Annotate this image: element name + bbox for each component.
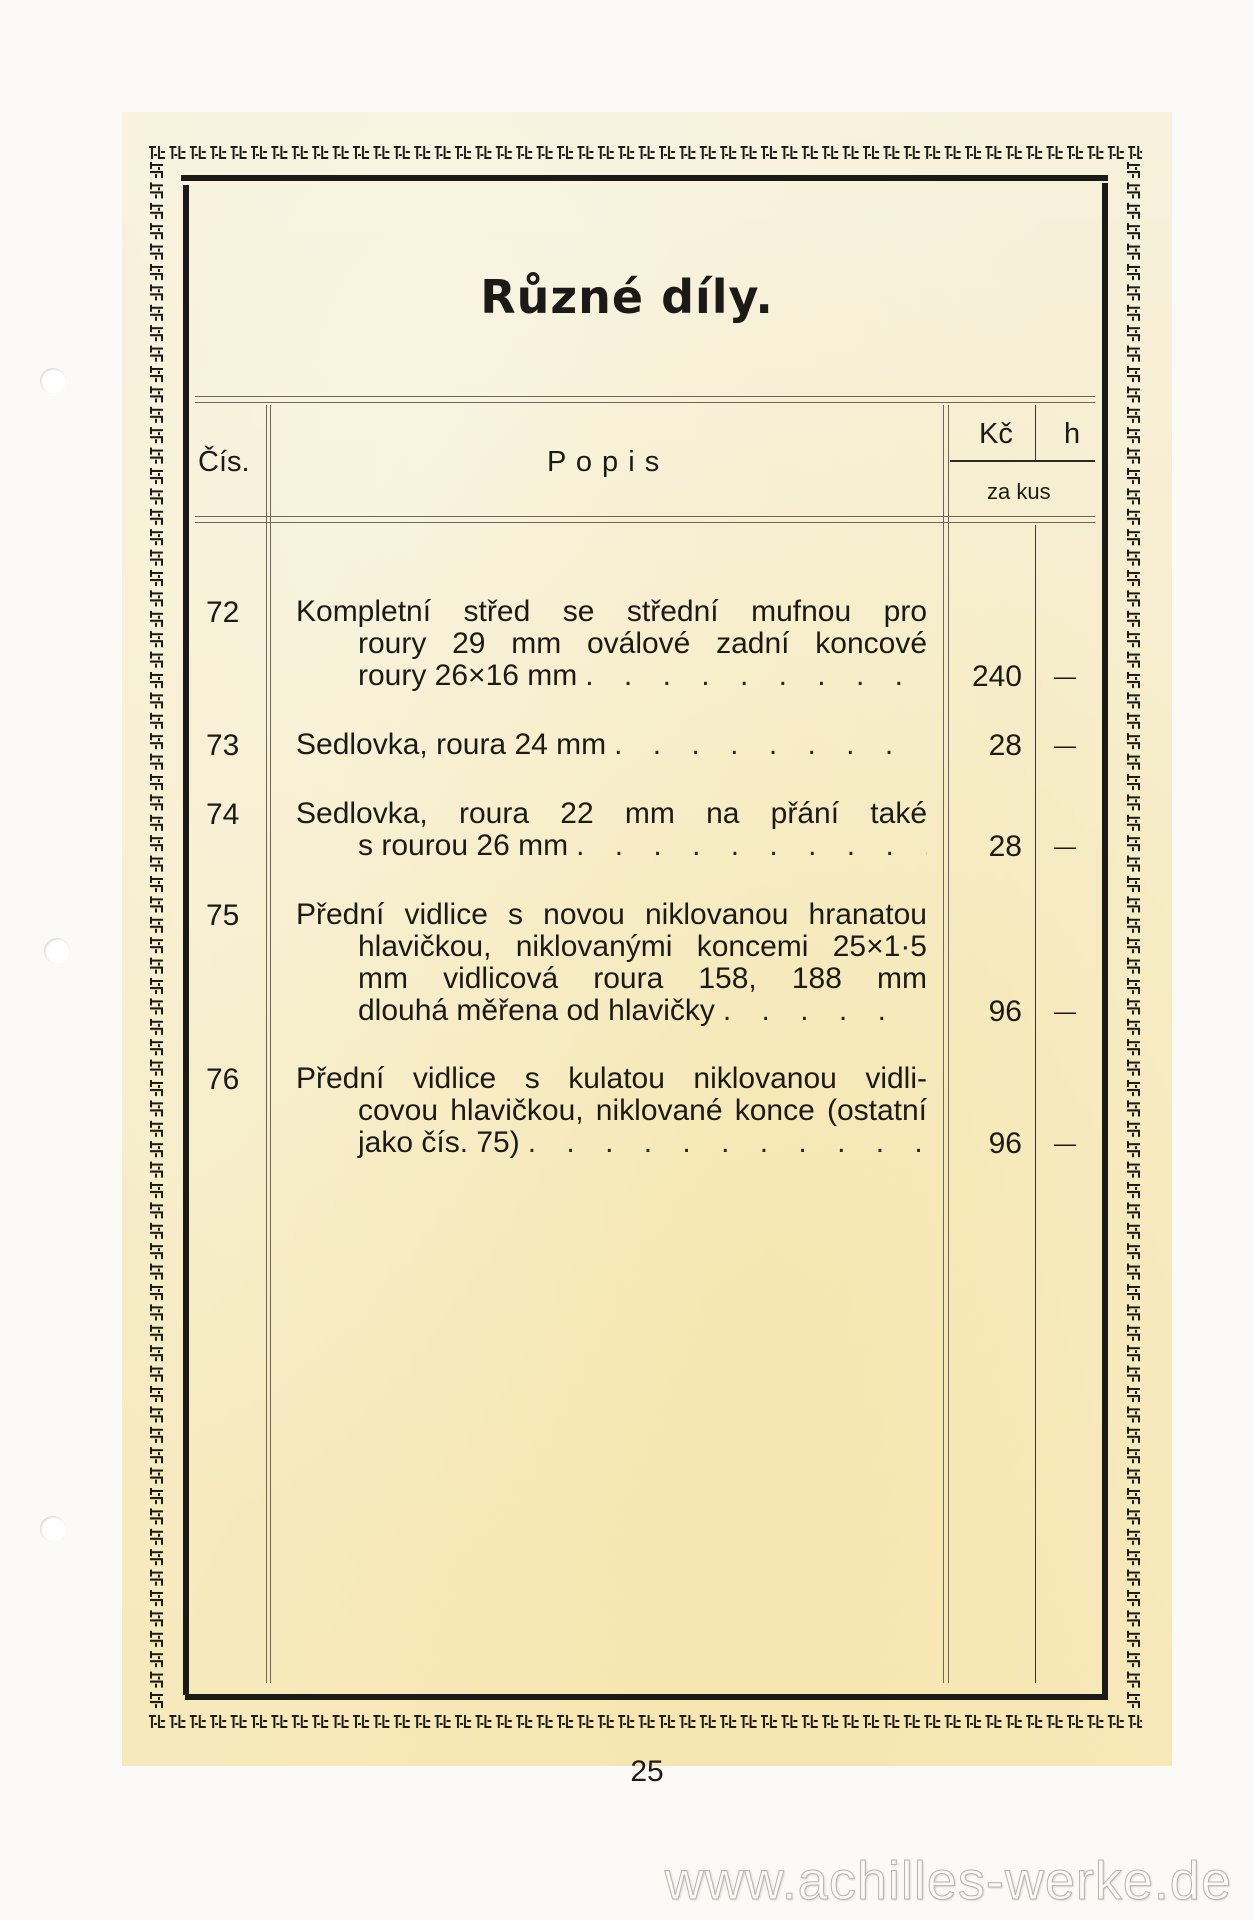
- description-line: Sedlovka, roura 24 mm. . . . . . . .: [296, 729, 927, 761]
- column-separator-kc-h: [1035, 525, 1036, 1683]
- greek-key-border-right: [1124, 160, 1142, 1712]
- column-separator-number: [266, 405, 267, 1683]
- leader-dots: . . . . . . . . . .: [568, 830, 927, 862]
- description-line: mm vidlicová roura 158, 188 mm: [358, 963, 927, 995]
- price-subheader-rule: [950, 460, 1095, 462]
- item-price-kc: 28: [932, 830, 1022, 864]
- header-rule-bottom: [195, 516, 1095, 517]
- item-number: 73: [206, 729, 266, 763]
- header-crowns: Kč: [979, 418, 1013, 451]
- page-number: 25: [0, 1755, 1254, 1789]
- frame-top: [181, 175, 1108, 181]
- description-line: Sedlovka, roura 22 mm na přání také: [296, 798, 927, 830]
- binder-hole: [44, 938, 70, 964]
- frame-right: [1102, 183, 1108, 1695]
- item-number: 74: [206, 798, 266, 832]
- item-description: Sedlovka, roura 22 mm na přání také s ro…: [296, 798, 927, 862]
- item-price-h: —: [1045, 834, 1085, 860]
- leader-dots: . . . . . . . .: [606, 729, 927, 761]
- header-hellers: h: [1064, 418, 1080, 451]
- item-price-kc: 240: [932, 660, 1022, 694]
- page-title: Různé díly.: [0, 270, 1254, 324]
- item-price-h: —: [1045, 999, 1085, 1025]
- header-rule-bottom: [195, 522, 1095, 523]
- description-line: roury 29 mm oválové zadní koncové: [358, 628, 927, 660]
- item-price-kc: 28: [932, 729, 1022, 763]
- description-line: s rourou 26 mm. . . . . . . . . .: [358, 830, 927, 862]
- greek-key-border-bottom: [147, 1712, 1142, 1730]
- item-description: Přední vidlice s kulatou niklovanou vidl…: [296, 1063, 927, 1159]
- item-price-h: —: [1045, 664, 1085, 690]
- item-description: Sedlovka, roura 24 mm. . . . . . . .: [296, 729, 927, 761]
- frame-left: [183, 185, 189, 1695]
- frame-bottom: [185, 1694, 1108, 1700]
- column-separator-price: [948, 405, 949, 1683]
- column-separator-price: [943, 405, 944, 1683]
- description-line: dlouhá měřena od hlavičky. . . . .: [358, 995, 927, 1027]
- item-price-h: —: [1045, 733, 1085, 759]
- description-line: hlavičkou, niklovanými koncemi 25×1·5: [358, 931, 927, 963]
- item-price-h: —: [1045, 1131, 1085, 1157]
- binder-hole: [40, 1516, 66, 1542]
- greek-key-border-left: [147, 160, 165, 1712]
- item-number: 75: [206, 899, 266, 933]
- leader-dots: . . . . . . . . . . . . .: [520, 1127, 927, 1159]
- description-line: Přední vidlice s kulatou niklovanou vidl…: [296, 1063, 927, 1095]
- item-price-kc: 96: [932, 1127, 1022, 1161]
- item-number: 76: [206, 1063, 266, 1097]
- description-line: roury 26×16 mm. . . . . . . . .: [358, 660, 927, 692]
- leader-dots: . . . . . . . . .: [577, 660, 927, 692]
- binder-hole: [40, 368, 66, 394]
- watermark: www.achilles-werke.de: [665, 1850, 1232, 1912]
- column-separator-number: [270, 405, 271, 1683]
- leader-dots: . . . . .: [715, 995, 927, 1027]
- column-separator-kc-h: [1035, 405, 1036, 460]
- header-description: P o p i s: [547, 446, 660, 479]
- header-number: Čís.: [198, 446, 250, 479]
- header-rule-top: [195, 402, 1095, 403]
- description-line: Přední vidlice s novou niklovanou hranat…: [296, 899, 927, 931]
- header-rule-top: [195, 396, 1095, 397]
- greek-key-border-top: [147, 143, 1142, 161]
- description-line: covou hlavičkou, niklované konce (ostatn…: [358, 1095, 927, 1127]
- item-number: 72: [206, 596, 266, 630]
- description-line: jako čís. 75). . . . . . . . . . . . .: [358, 1127, 927, 1159]
- item-description: Kompletní střed se střední mufnou pro ro…: [296, 596, 927, 692]
- item-price-kc: 96: [932, 995, 1022, 1029]
- description-line: Kompletní střed se střední mufnou pro: [296, 596, 927, 628]
- item-description: Přední vidlice s novou niklovanou hranat…: [296, 899, 927, 1027]
- header-per-unit: za kus: [987, 479, 1051, 505]
